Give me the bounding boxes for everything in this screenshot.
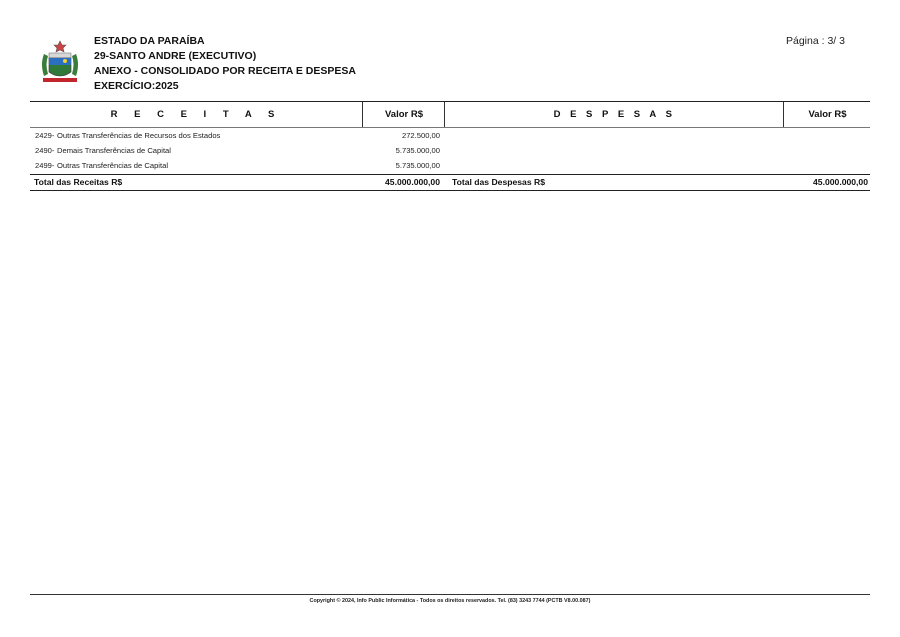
row-value: 5.735.000,00 <box>362 158 440 173</box>
total-receitas-label: Total das Receitas R$ <box>34 175 122 190</box>
row-description: Outras Transferências de Capital <box>57 158 168 173</box>
report-title: ANEXO - CONSOLIDADO POR RECEITA E DESPES… <box>94 64 356 79</box>
col-valor-receitas: Valor R$ <box>362 102 445 127</box>
fiscal-year: EXERCÍCIO:2025 <box>94 79 356 94</box>
table-header: R E C E I T A S Valor R$ D E S P E S A S… <box>30 102 870 128</box>
row-code: 2490- <box>35 143 54 158</box>
total-despesas-label: Total das Despesas R$ <box>452 175 545 190</box>
state-name: ESTADO DA PARAÍBA <box>94 34 356 49</box>
total-despesas-value: 45.000.000,00 <box>770 175 868 190</box>
table-row: 2429- Outras Transferências de Recursos … <box>30 128 870 143</box>
totals-row: Total das Receitas R$ 45.000.000,00 Tota… <box>30 174 870 191</box>
row-value: 272.500,00 <box>362 128 440 143</box>
row-code: 2429- <box>35 128 54 143</box>
footer-divider <box>30 594 870 595</box>
entity-name: 29-SANTO ANDRE (EXECUTIVO) <box>94 49 356 64</box>
footer-copyright: Copyright © 2024, Info Public Informátic… <box>30 598 870 604</box>
report-header: ESTADO DA PARAÍBA 29-SANTO ANDRE (EXECUT… <box>94 34 356 94</box>
row-value: 5.735.000,00 <box>362 143 440 158</box>
row-description: Outras Transferências de Recursos dos Es… <box>57 128 220 143</box>
row-code: 2499- <box>35 158 54 173</box>
page-number: Página : 3/ 3 <box>786 35 845 47</box>
table-row: 2490- Demais Transferências de Capital 5… <box>30 143 870 158</box>
table-row: 2499- Outras Transferências de Capital 5… <box>30 158 870 173</box>
col-despesas: D E S P E S A S <box>444 102 784 127</box>
col-receitas: R E C E I T A S <box>30 102 362 127</box>
col-valor-despesas: Valor R$ <box>783 102 871 127</box>
coat-of-arms-icon <box>38 40 82 86</box>
row-description: Demais Transferências de Capital <box>57 143 171 158</box>
total-receitas-value: 45.000.000,00 <box>350 175 440 190</box>
